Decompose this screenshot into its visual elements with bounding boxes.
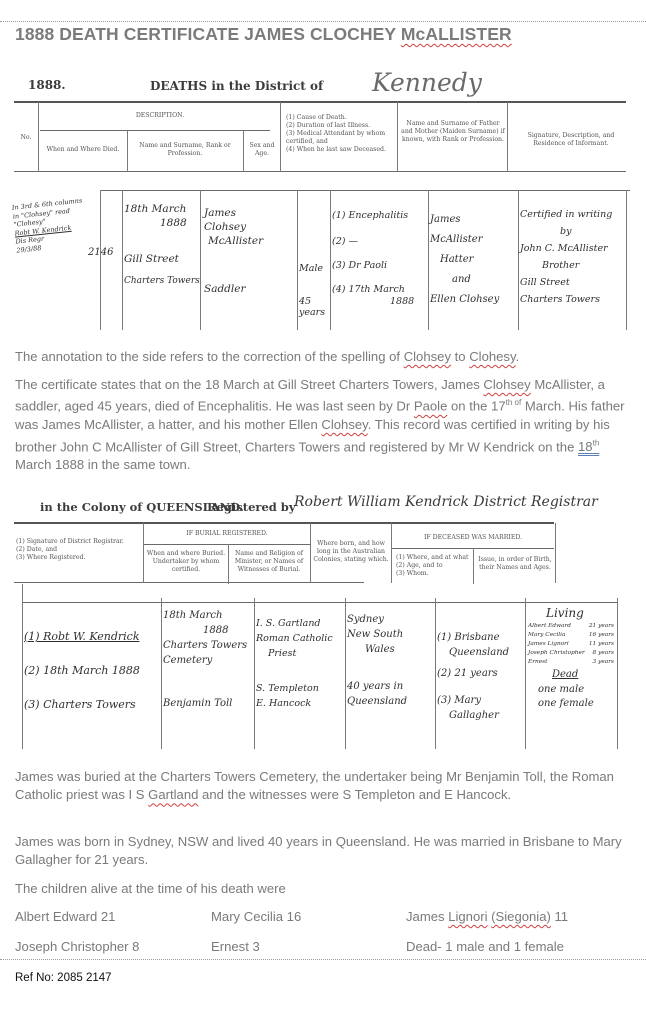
child-mary: Mary Cecilia 16 [211, 909, 301, 924]
entry-line: Gill Street [124, 252, 200, 266]
children-dead: Dead- 1 male and 1 female [406, 939, 564, 954]
entry-line: Queensland [347, 694, 407, 709]
entry-line: Certified in writing [520, 206, 612, 223]
entry-line: (3) Mary [437, 693, 509, 708]
entry-line: McAllister [430, 230, 499, 250]
issue-child-name: Albert Edward [528, 622, 571, 631]
entry-line: Sydney [347, 612, 407, 627]
issue-living-row: Joseph Christopher8 years [528, 649, 614, 658]
entry-line: I. S. Gartland [256, 616, 333, 631]
issue-living-row: Mary Cecilia16 years [528, 631, 614, 640]
col-divider [127, 130, 128, 172]
flagged-word: Clohesy [469, 349, 515, 364]
entry-line: New South [347, 627, 407, 642]
annotation-paragraph: The annotation to the side refers to the… [15, 348, 635, 366]
col-born-label: Where born, and how long in the Australi… [312, 540, 390, 564]
entry-divider [297, 190, 298, 330]
entry-line: Clohsey [204, 220, 263, 234]
header-rule-bottom [14, 582, 364, 583]
text: on the 17 [447, 399, 505, 414]
flagged-word: Lignori [448, 909, 487, 924]
entry-line: Gallagher [437, 708, 509, 723]
col-description-label: DESCRIPTION. [40, 112, 280, 120]
superscript: th of [506, 398, 522, 407]
col-divider [280, 102, 281, 172]
entry-line: 1888 [332, 296, 414, 308]
entry-line: 1888 [163, 623, 247, 638]
header-rule-burial [144, 544, 310, 545]
entry-divider [345, 598, 346, 749]
entry-line: Gill Street [520, 274, 612, 291]
registered-by-label: Registered by [207, 500, 296, 514]
superscript: th [593, 439, 600, 448]
child-ernest: Ernest 3 [211, 939, 260, 954]
entry-line: Charters Towers [163, 638, 247, 653]
header-rule-top [14, 522, 554, 524]
issue-living-list: Albert Edward21 yearsMary Cecilia16 year… [528, 622, 614, 667]
col-divider [473, 548, 474, 584]
entry-line: (1) Robt W. Kendrick [24, 620, 140, 654]
entry-divider [525, 598, 526, 749]
col-no-label: No. [14, 134, 38, 142]
col-divider [243, 130, 244, 172]
entry-line: Ellen Clohsey [430, 290, 499, 310]
issue-child-age: 21 years [589, 622, 614, 631]
entry-sex: Male [299, 262, 323, 276]
entry-line: James [204, 206, 263, 220]
birth-marriage-paragraph: James was born in Sydney, NSW and lived … [15, 833, 635, 870]
entry-line: Saddler [204, 282, 263, 296]
text: 18 [578, 439, 593, 454]
document-title: 1888 DEATH CERTIFICATE JAMES CLOCHEY McA… [15, 24, 512, 45]
entry-line: Queensland [437, 645, 509, 660]
issue-child-age: 16 years [589, 631, 614, 640]
entry-line: Charters Towers [124, 274, 200, 288]
col-divider [310, 523, 311, 583]
entry-divider [428, 190, 429, 330]
entry-cause: (1) Encephalitis (2) — (3) Dr Paoli (4) … [332, 210, 414, 308]
col-divider [38, 102, 39, 172]
issue-living-row: Albert Edward21 years [528, 622, 614, 631]
registration-date: 18th [578, 439, 599, 454]
col-registrar-label: (1) Signature of District Registrar. (2)… [16, 538, 140, 562]
col-name-label: Name and Surname, Rank or Profession. [130, 142, 240, 158]
entry-line: 45 [299, 296, 325, 307]
title-prefix: 1888 DEATH CERTIFICATE JAMES CLOCHEY [15, 24, 401, 44]
entry-married: (1) Brisbane Queensland (2) 21 years (3)… [437, 630, 509, 723]
entry-line: Hatter [430, 250, 499, 270]
entry-parents: James McAllister Hatter and Ellen Clohse… [430, 210, 499, 310]
entry-line: (2) 21 years [437, 666, 509, 681]
col-divider [397, 102, 398, 172]
entry-line: (1) Brisbane [437, 630, 509, 645]
entry-name: James Clohsey McAllister Saddler [204, 206, 263, 296]
col-cause-label: (1) Cause of Death. (2) Duration of last… [286, 114, 396, 154]
entry-line: Cemetery [163, 653, 247, 668]
issue-child-name: Ernest [528, 658, 547, 667]
certificate-scan-top: 1888. DEATHS in the District of Kennedy … [0, 60, 646, 340]
entry-line: Roman Catholic [256, 631, 333, 646]
entry-minister: I. S. Gartland Roman Catholic Priest S. … [256, 616, 333, 711]
flagged-word: (Siegonia) [491, 909, 551, 924]
col-sex-age-label: Sex and Age. [246, 142, 278, 158]
entry-line: 18th March [124, 202, 200, 216]
text: to [451, 349, 469, 364]
reference-number: Ref No: 2085 2147 [15, 972, 112, 984]
col-divider [555, 523, 556, 583]
entry-divider [617, 598, 618, 749]
text: 11 [551, 909, 568, 924]
child-albert: Albert Edward 21 [15, 909, 115, 924]
issue-child-age: 11 years [589, 640, 614, 649]
entry-line: James [430, 210, 499, 230]
entry-line: Priest [256, 646, 333, 661]
district-name: Kennedy [372, 68, 482, 97]
entry-line: Benjamin Toll [163, 696, 247, 711]
entry-divider [161, 598, 162, 749]
margin-annotation: In 3rd & 6th columns in "Clohsey" read "… [12, 196, 88, 254]
bottom-rule [0, 959, 646, 960]
entry-line: years [299, 307, 325, 318]
issue-living-label: Living [528, 604, 614, 622]
entry-line: (3) Charters Towers [24, 688, 140, 722]
flagged-word: Clohsey [321, 417, 367, 432]
entry-line: Charters Towers [520, 291, 612, 308]
entry-divider [254, 598, 255, 749]
entry-age: 45 years [299, 296, 325, 318]
col-divider [391, 523, 392, 583]
flagged-word: Gartland [148, 787, 198, 802]
certificate-heading: DEATHS in the District of [150, 79, 323, 93]
flagged-word: Clohsey [404, 349, 451, 364]
header-rule-top [14, 101, 626, 103]
entry-line: McAllister [204, 234, 263, 248]
entry-line: (2) 18th March 1888 [24, 654, 140, 688]
text: James [406, 909, 448, 924]
entry-line: 18th March [163, 608, 247, 623]
entry-divider [100, 190, 101, 330]
text: . [516, 349, 520, 364]
entry-divider [626, 190, 627, 330]
summary-paragraph: The certificate states that on the 18 Ma… [15, 376, 635, 475]
burial-paragraph: James was buried at the Charters Towers … [15, 768, 635, 805]
entry-line: 1888 [124, 216, 200, 230]
col-parents-label: Name and Surname of Father and Mother (M… [400, 120, 506, 144]
col-divider [507, 102, 508, 172]
entry-divider [22, 584, 23, 749]
entry-line: (1) Encephalitis [332, 210, 414, 222]
col-married-label: (1) Where, and at what (2) Age, and to (… [396, 554, 472, 578]
header-rule-desc [40, 130, 270, 131]
col-informant-label: Signature, Description, and Residence of… [512, 132, 630, 148]
entry-born: Sydney New South Wales 40 years in Queen… [347, 612, 407, 709]
issue-child-age: 3 years [593, 658, 614, 667]
title-surname: McALLISTER [401, 24, 512, 44]
top-rule [0, 21, 646, 22]
entry-rule [22, 602, 617, 603]
header-rule-bottom [14, 171, 626, 172]
flagged-word: Clohsey [483, 377, 530, 392]
col-minister-label: Name and Religion of Minister, or Names … [230, 550, 308, 574]
issue-dead-label: Dead [528, 667, 614, 683]
children-intro: The children alive at the time of his de… [15, 880, 635, 898]
entry-line: (3) Dr Paoli [332, 260, 414, 272]
entry-line: Wales [347, 642, 407, 657]
col-buried-label: When and where Buried. Undertaker by who… [146, 550, 226, 574]
col-divider [228, 544, 229, 584]
issue-child-name: James Lignori [528, 640, 569, 649]
entry-issue: Living Albert Edward21 yearsMary Cecilia… [528, 604, 614, 711]
entry-registrar: (1) Robt W. Kendrick (2) 18th March 1888… [24, 620, 140, 722]
text: and the witnesses were S Templeton and E… [198, 787, 511, 802]
entry-divider [200, 190, 201, 330]
issue-child-age: 8 years [593, 649, 614, 658]
col-when-where-label: When and Where Died. [40, 146, 126, 154]
issue-child-name: Joseph Christopher [528, 649, 585, 658]
entry-divider [435, 598, 436, 749]
registrar-name: Robert William Kendrick District Registr… [294, 494, 598, 510]
col-married-group-label: IF DECEASED WAS MARRIED. [392, 534, 554, 542]
child-joseph: Joseph Christopher 8 [15, 939, 139, 954]
text: The certificate states that on the 18 Ma… [15, 377, 483, 392]
text: March 1888 in the same town. [15, 457, 190, 472]
entry-number: 2146 [88, 246, 113, 260]
text: The annotation to the side refers to the… [15, 349, 404, 364]
certificate-year: 1888. [28, 78, 66, 92]
entry-line: (4) 17th March [332, 284, 414, 296]
issue-living-row: Ernest3 years [528, 658, 614, 667]
issue-dead-line: one male [528, 683, 614, 697]
entry-line: E. Hancock [256, 696, 333, 711]
entry-line: 40 years in [347, 679, 407, 694]
entry-divider [330, 190, 331, 330]
issue-child-name: Mary Cecilia [528, 631, 565, 640]
entry-line: by [520, 223, 612, 240]
entry-buried: 18th March 1888 Charters Towers Cemetery… [163, 608, 247, 711]
entry-divider [518, 190, 519, 330]
entry-divider [122, 190, 123, 330]
issue-living-row: James Lignori11 years [528, 640, 614, 649]
entry-line: S. Templeton [256, 681, 333, 696]
child-james: James Lignori (Siegonia) 11 [406, 909, 568, 924]
entry-informant: Certified in writing by John C. McAllist… [520, 206, 612, 308]
flagged-word: Paole [414, 399, 448, 414]
certificate-scan-bottom: in the Colony of QUEENSLAND. Registered … [0, 480, 646, 755]
entry-rule [100, 190, 630, 191]
entry-when-where: 18th March 1888 Gill Street Charters Tow… [124, 202, 200, 288]
col-burial-group-label: IF BURIAL REGISTERED. [144, 530, 310, 538]
entry-line: and [430, 270, 499, 290]
col-issue-label: Issue, in order of Birth, their Names an… [476, 556, 554, 572]
issue-dead-line: one female [528, 697, 614, 711]
entry-line: (2) — [332, 236, 414, 248]
entry-line: Brother [520, 257, 612, 274]
entry-line: John C. McAllister [520, 240, 612, 257]
